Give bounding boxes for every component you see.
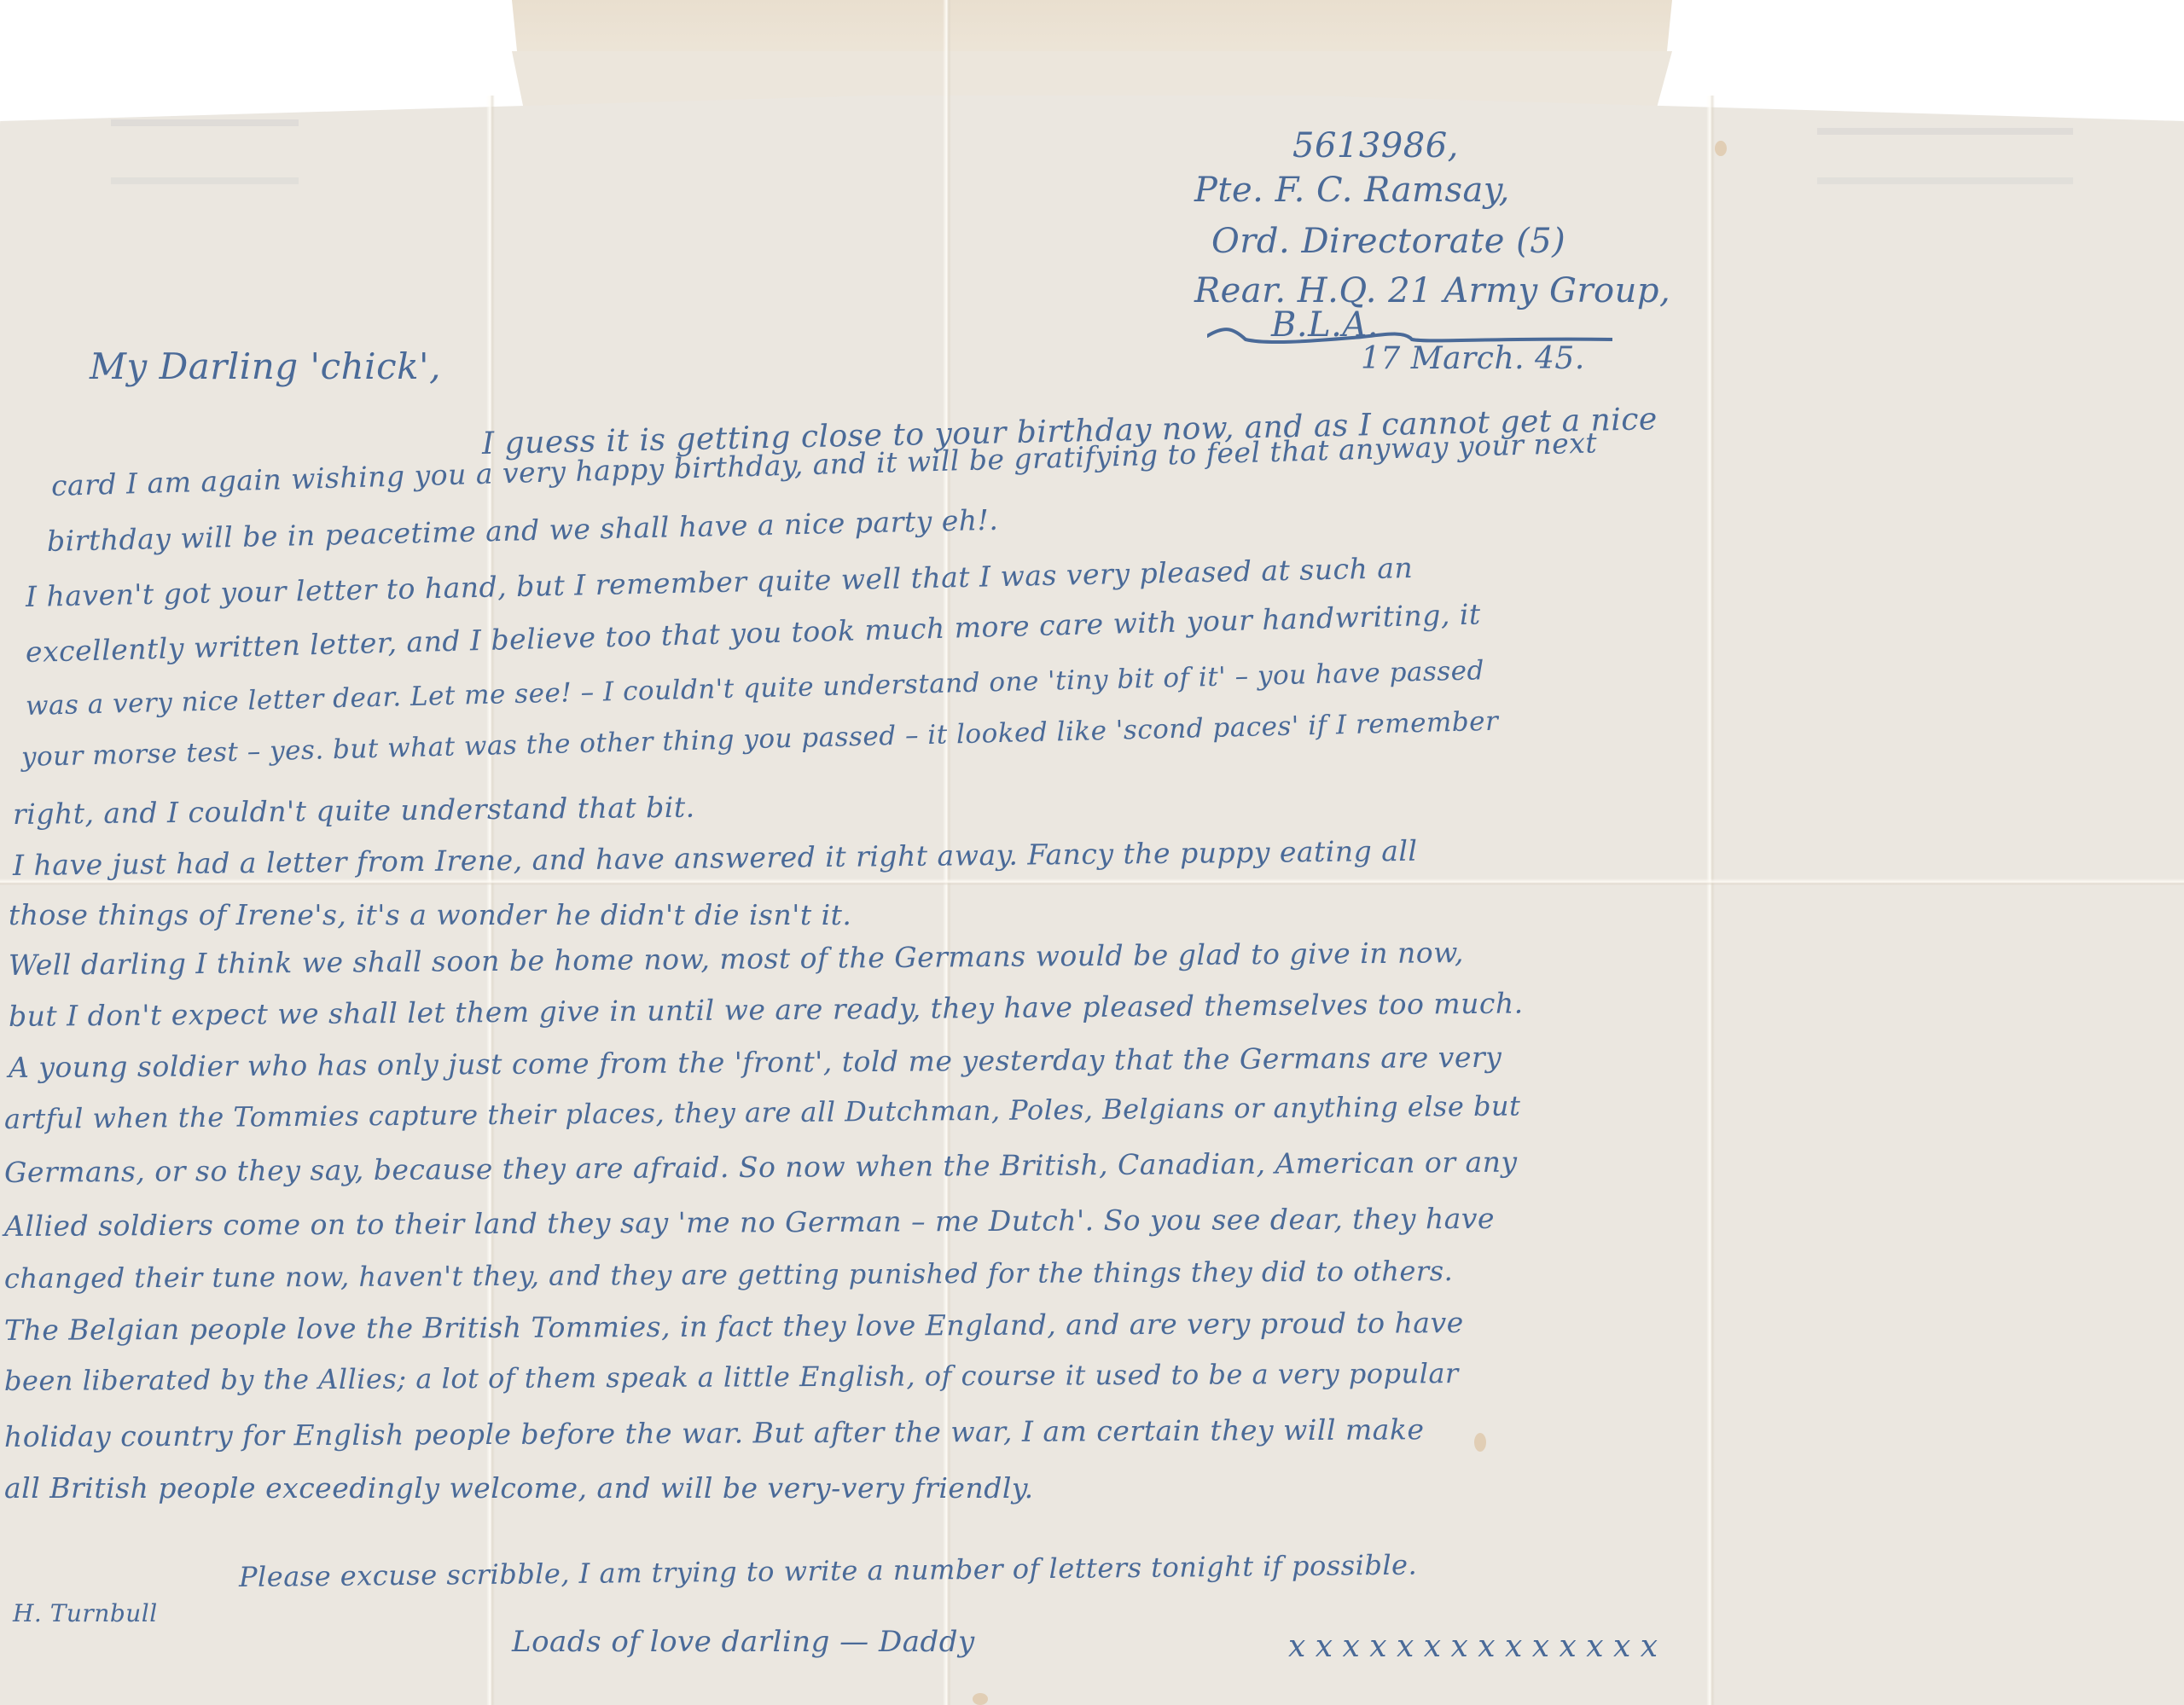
body-line-10: those things of Irene's, it's a wonder h… [9, 898, 851, 931]
sender-name: Pte. F. C. Ramsay, [1194, 171, 1510, 210]
sender-unit: Ord. Directorate (5) [1211, 222, 1565, 261]
foxing-stain [1715, 141, 1727, 156]
kisses: x x x x x x x x x x x x x x [1288, 1629, 1658, 1664]
sender-hq: Rear. H.Q. 21 Army Group, [1194, 271, 1670, 310]
letter-date: 17 March. 45. [1361, 341, 1585, 376]
foxing-stain [1474, 1433, 1486, 1452]
faded-printed-text-right [1817, 128, 2073, 184]
margin-note: H. Turnbull [13, 1599, 158, 1627]
body-line-21: all British people exceedingly welcome, … [4, 1471, 1034, 1505]
letter-scan: 5613986, Pte. F. C. Ramsay, Ord. Directo… [0, 0, 2184, 1705]
closing-signature: Loads of love darling — Daddy [512, 1625, 975, 1659]
foxing-stain [973, 1693, 988, 1705]
faded-printed-text-left [111, 119, 299, 184]
salutation: My Darling 'chick', [90, 345, 441, 387]
fold-crease-horizontal [0, 879, 2184, 885]
top-flap-band [512, 0, 1672, 58]
fold-crease-right [1706, 96, 1715, 1705]
service-number: 5613986, [1292, 126, 1459, 165]
